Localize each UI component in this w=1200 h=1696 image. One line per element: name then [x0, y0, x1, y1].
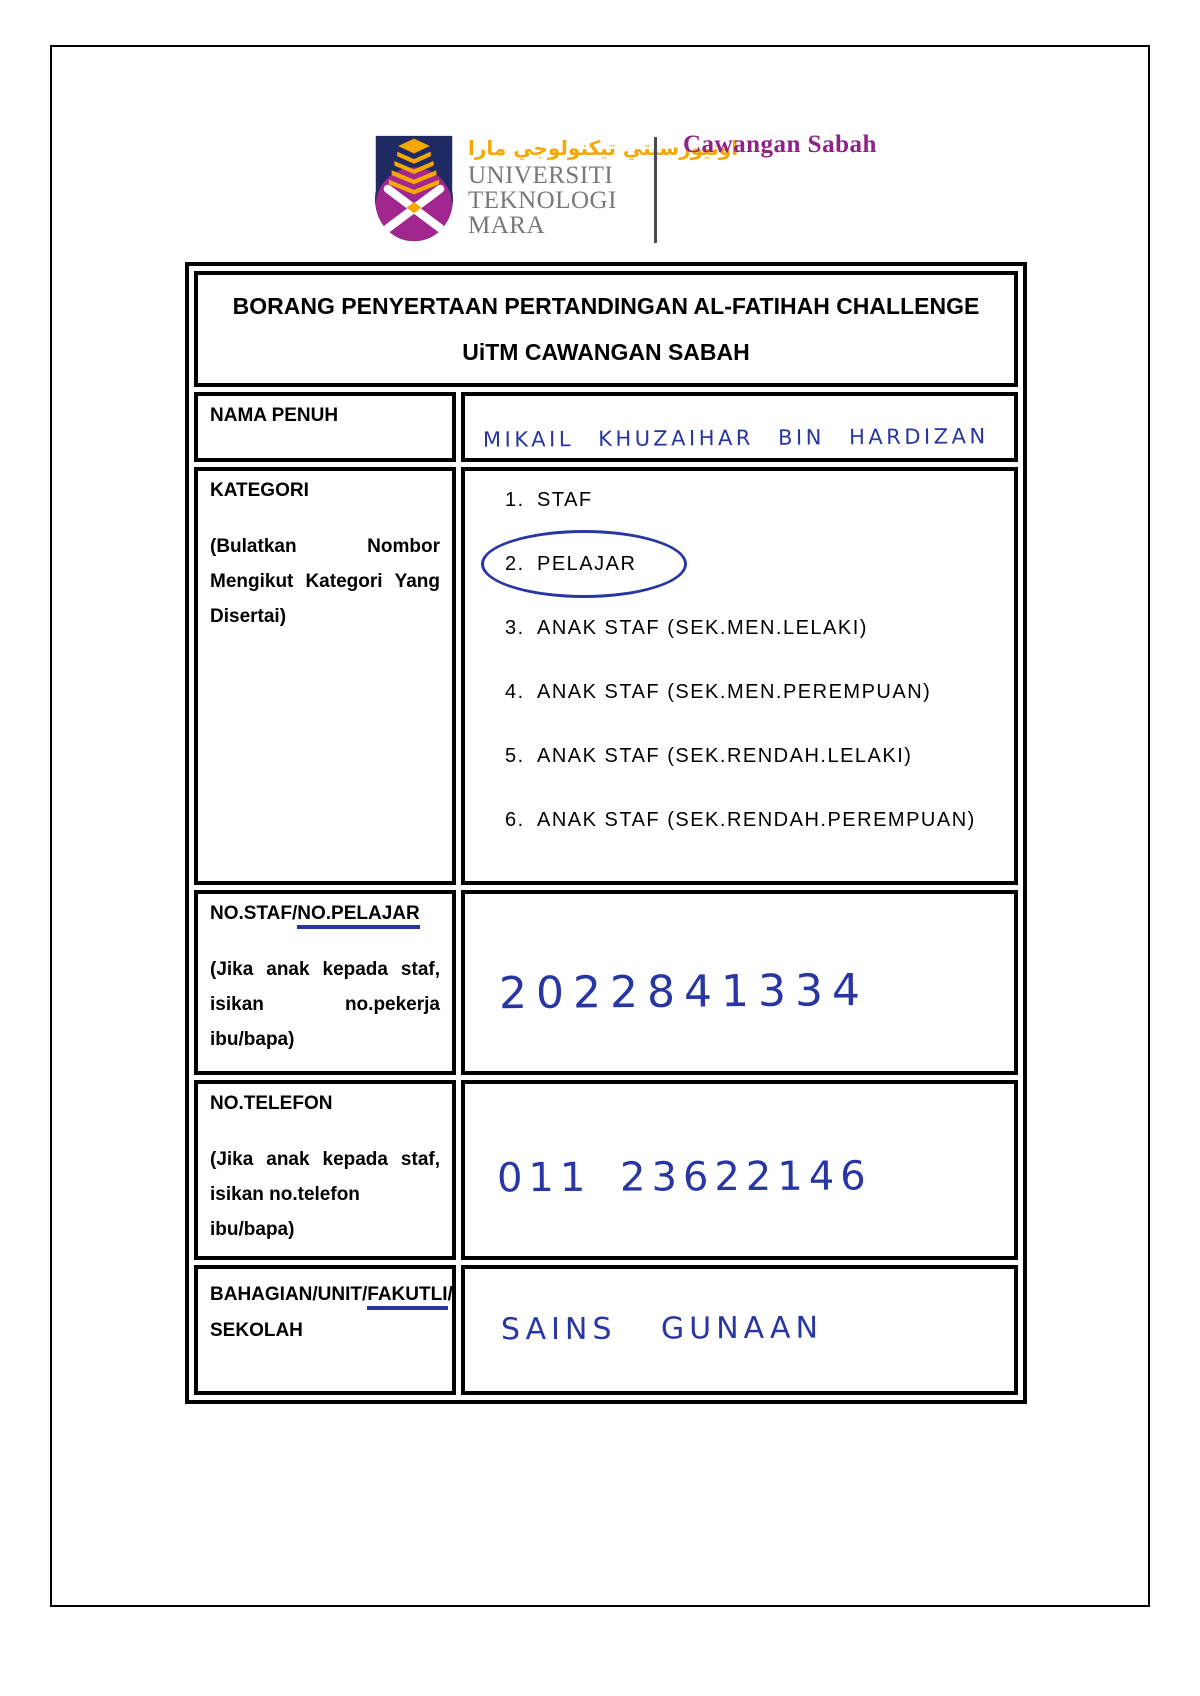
bahagian-label-line2: SEKOLAH	[210, 1313, 440, 1349]
nama-label: NAMA PENUH	[210, 404, 440, 428]
handwritten-circle-annotation	[481, 530, 687, 598]
logo-jawi-text: اونيورسيتي تيكنولوجي مارا	[468, 133, 638, 163]
page-border: اونيورسيتي تيكنولوجي مارا UNIVERSITI TEK…	[50, 45, 1150, 1607]
nostaf-note: (Jikaanakkepadastaf,isikanno.pekerjaibu/…	[210, 952, 440, 1057]
telefon-value-cell: 011 23622146	[461, 1080, 1018, 1260]
bahagian-label-cell: BAHAGIAN/UNIT/FAKUTLI/ SEKOLAH	[194, 1265, 456, 1395]
form-title-cell: BORANG PENYERTAAN PERTANDINGAN AL-FATIHA…	[194, 271, 1018, 387]
kategori-option-list: 1.STAF 2.PELAJAR 3.ANAK STAF (SEK.MEN.LE…	[477, 479, 1002, 831]
form-title-line1: BORANG PENYERTAAN PERTANDINGAN AL-FATIHA…	[210, 283, 1002, 329]
telefon-label-cell: NO.TELEFON (Jikaanakkepadastaf,isikan no…	[194, 1080, 456, 1260]
header-logo-block: اونيورسيتي تيكنولوجي مارا UNIVERSITI TEK…	[372, 133, 877, 243]
telefon-label: NO.TELEFON	[210, 1092, 440, 1116]
form-table: BORANG PENYERTAAN PERTANDINGAN AL-FATIHA…	[185, 262, 1027, 1404]
kategori-option-5: 5.ANAK STAF (SEK.RENDAH.LELAKI)	[505, 745, 1002, 767]
nama-value-cell: MIKAIL KHUZAIHAR BIN HARDIZAN	[461, 392, 1018, 462]
uitm-logo-icon	[372, 133, 456, 243]
nama-label-cell: NAMA PENUH	[194, 392, 456, 462]
form-title-line2: UiTM CAWANGAN SABAH	[210, 329, 1002, 375]
kategori-option-6: 6.ANAK STAF (SEK.RENDAH.PEREMPUAN)	[505, 809, 1002, 831]
nama-handwritten-value: MIKAIL KHUZAIHAR BIN HARDIZAN	[483, 424, 1002, 452]
kategori-options-cell: 1.STAF 2.PELAJAR 3.ANAK STAF (SEK.MEN.LE…	[461, 467, 1018, 885]
nostaf-value-cell: 2022841334	[461, 890, 1018, 1075]
kategori-option-1: 1.STAF	[505, 489, 1002, 511]
kategori-option-3: 3.ANAK STAF (SEK.MEN.LELAKI)	[505, 617, 1002, 639]
logo-wordmark: اونيورسيتي تيكنولوجي مارا UNIVERSITI TEK…	[468, 133, 638, 238]
logo-divider	[654, 137, 657, 243]
nostaf-handwritten-value: 2022841334	[499, 964, 1002, 1019]
fakutli-underlined-text: FAKUTLI	[367, 1284, 447, 1310]
kategori-label: KATEGORI	[210, 479, 440, 503]
nopelajar-underlined-text: NO.PELAJAR	[297, 903, 419, 929]
branch-name: Cawangan Sabah	[683, 131, 877, 159]
nostaf-label: NO.STAF/NO.PELAJAR	[210, 902, 440, 926]
bahagian-value-cell: SAINS GUNAAN	[461, 1265, 1018, 1395]
kategori-option-4: 4.ANAK STAF (SEK.MEN.PEREMPUAN)	[505, 681, 1002, 703]
nostaf-label-cell: NO.STAF/NO.PELAJAR (Jikaanakkepadastaf,i…	[194, 890, 456, 1075]
logo-university-name: UNIVERSITI TEKNOLOGI MARA	[468, 163, 638, 238]
kategori-label-cell: KATEGORI (BulatkanNomborMengikutKategori…	[194, 467, 456, 885]
bahagian-handwritten-value: SAINS GUNAAN	[501, 1310, 1002, 1348]
kategori-note: (BulatkanNomborMengikutKategoriYangDiser…	[210, 529, 440, 634]
kategori-option-2: 2.PELAJAR	[505, 553, 1002, 575]
telefon-note: (Jikaanakkepadastaf,isikan no.telefon ib…	[210, 1142, 440, 1247]
bahagian-label: BAHAGIAN/UNIT/FAKUTLI/ SEKOLAH	[210, 1277, 440, 1349]
telefon-handwritten-value: 011 23622146	[497, 1153, 1002, 1202]
